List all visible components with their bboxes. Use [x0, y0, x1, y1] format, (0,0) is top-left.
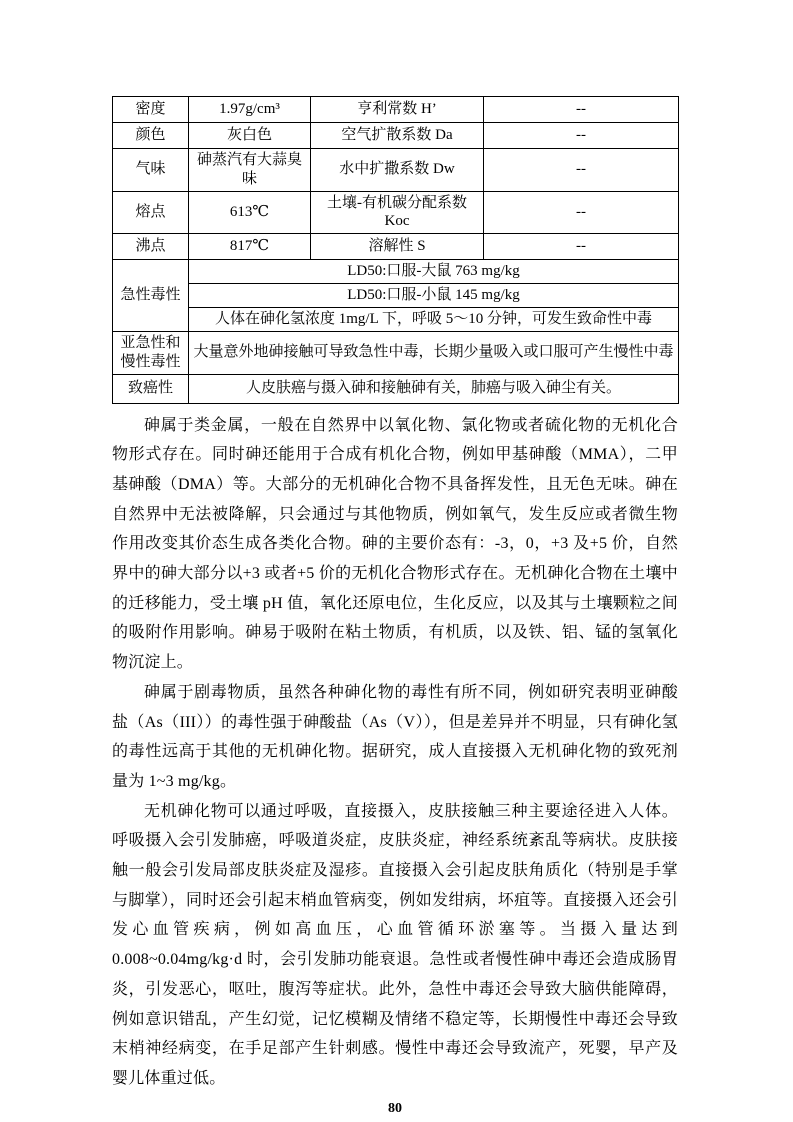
parameter-label: 土壤-有机碳分配系数 Koc	[311, 191, 484, 234]
table-row-acute-toxicity-2: LD50:口服-小鼠 145 mg/kg	[113, 284, 679, 308]
acute-toxicity-value: 人体在砷化氢浓度 1mg/L 下，呼吸 5～10 分钟，可发生致命性中毒	[189, 308, 679, 332]
acute-toxicity-value: LD50:口服-小鼠 145 mg/kg	[189, 284, 679, 308]
properties-table: 密度 1.97g/cm³ 亨利常数 H’ -- 颜色 灰白色 空气扩散系数 Da…	[112, 96, 679, 404]
carcinogenicity-label: 致癌性	[113, 374, 189, 403]
paragraph-arsenic-toxicity: 砷属于剧毒物质，虽然各种砷化物的毒性有所不同，例如研究表明亚砷酸盐（As（III…	[112, 678, 678, 797]
property-value: 1.97g/cm³	[189, 97, 311, 123]
property-label: 颜色	[113, 123, 189, 149]
acute-toxicity-value: LD50:口服-大鼠 763 mg/kg	[189, 260, 679, 284]
table-row-acute-toxicity-1: 急性毒性 LD50:口服-大鼠 763 mg/kg	[113, 260, 679, 284]
property-label: 密度	[113, 97, 189, 123]
parameter-value: --	[484, 234, 679, 260]
parameter-value: --	[484, 123, 679, 149]
table-row-density: 密度 1.97g/cm³ 亨利常数 H’ --	[113, 97, 679, 123]
table-row-boiling-point: 沸点 817℃ 溶解性 S --	[113, 234, 679, 260]
property-value: 613℃	[189, 191, 311, 234]
property-value: 砷蒸汽有大蒜臭味	[189, 149, 311, 192]
parameter-label: 水中扩撒系数 Dw	[311, 149, 484, 192]
property-label: 气味	[113, 149, 189, 192]
subacute-toxicity-label: 亚急性和慢性毒性	[113, 332, 189, 375]
page-number: 80	[112, 1101, 678, 1117]
subacute-toxicity-value: 大量意外地砷接触可导致急性中毒，长期少量吸入或口服可产生慢性中毒	[189, 332, 679, 375]
table-row-acute-toxicity-3: 人体在砷化氢浓度 1mg/L 下，呼吸 5～10 分钟，可发生致命性中毒	[113, 308, 679, 332]
carcinogenicity-value: 人皮肤癌与摄入砷和接触砷有关，肺癌与吸入砷尘有关。	[189, 374, 679, 403]
parameter-value: --	[484, 191, 679, 234]
body-text: 砷属于类金属，一般在自然界中以氧化物、氯化物或者硫化物的无机化合物形式存在。同时…	[112, 411, 678, 1094]
document-page: 密度 1.97g/cm³ 亨利常数 H’ -- 颜色 灰白色 空气扩散系数 Da…	[0, 0, 793, 1122]
paragraph-exposure-routes: 无机砷化物可以通过呼吸，直接摄入，皮肤接触三种主要途径进入人体。呼吸摄入会引发肺…	[112, 797, 678, 1094]
parameter-value: --	[484, 97, 679, 123]
acute-toxicity-label: 急性毒性	[113, 260, 189, 332]
property-value: 817℃	[189, 234, 311, 260]
table-row-subacute-toxicity: 亚急性和慢性毒性 大量意外地砷接触可导致急性中毒，长期少量吸入或口服可产生慢性中…	[113, 332, 679, 375]
property-value: 灰白色	[189, 123, 311, 149]
parameter-label: 溶解性 S	[311, 234, 484, 260]
property-label: 沸点	[113, 234, 189, 260]
table-row-carcinogenicity: 致癌性 人皮肤癌与摄入砷和接触砷有关，肺癌与吸入砷尘有关。	[113, 374, 679, 403]
parameter-value: --	[484, 149, 679, 192]
table-row-melting-point: 熔点 613℃ 土壤-有机碳分配系数 Koc --	[113, 191, 679, 234]
page-content: 密度 1.97g/cm³ 亨利常数 H’ -- 颜色 灰白色 空气扩散系数 Da…	[112, 96, 678, 1117]
table-row-odor: 气味 砷蒸汽有大蒜臭味 水中扩撒系数 Dw --	[113, 149, 679, 192]
property-label: 熔点	[113, 191, 189, 234]
paragraph-arsenic-properties: 砷属于类金属，一般在自然界中以氧化物、氯化物或者硫化物的无机化合物形式存在。同时…	[112, 411, 678, 678]
parameter-label: 亨利常数 H’	[311, 97, 484, 123]
table-row-color: 颜色 灰白色 空气扩散系数 Da --	[113, 123, 679, 149]
parameter-label: 空气扩散系数 Da	[311, 123, 484, 149]
